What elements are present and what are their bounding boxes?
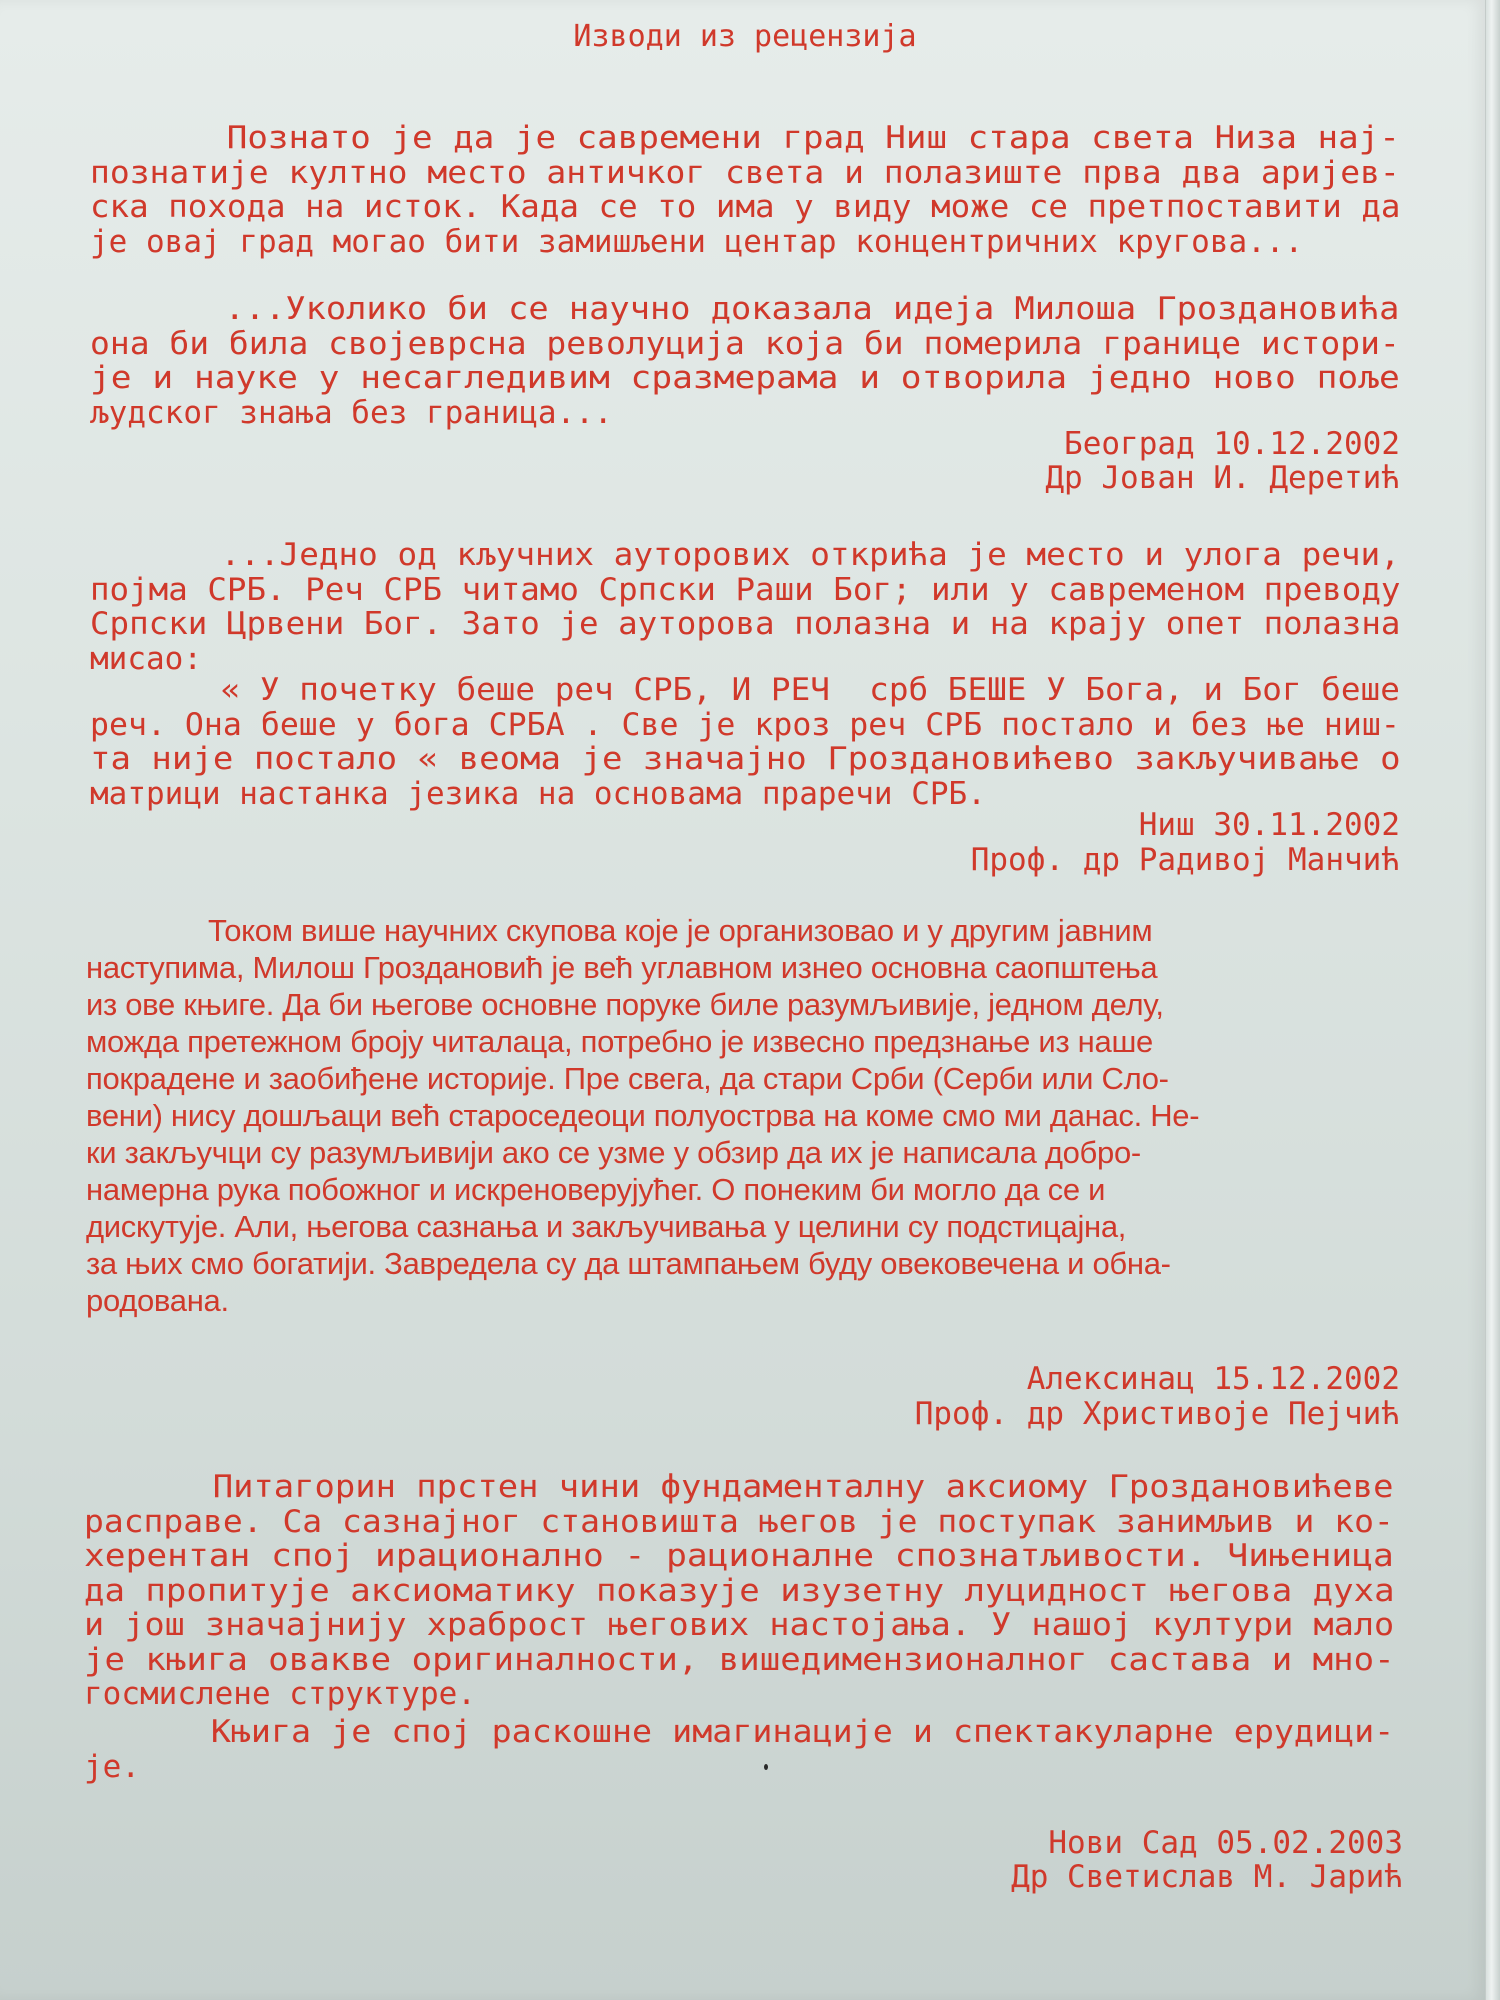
ink-speck	[764, 1764, 768, 1770]
text-line: наступима, Милош Гроздановић је већ угла…	[86, 949, 1396, 986]
text-line: мисао:	[90, 642, 1400, 677]
text-line: Питагорин прстен чини фундаменталну акси…	[84, 1470, 1500, 1505]
text-line: госмислене структуре.	[84, 1677, 1394, 1712]
text-line: ...Једно од кључних ауторових открића је…	[90, 538, 1470, 573]
text-line: и још значајнију храброст његових настој…	[84, 1608, 1499, 1643]
review-1-paragraph-2: ...Уколико би се научно доказала идеја М…	[90, 292, 1400, 430]
text-line: намерна рука побожног и искреноверујућег…	[86, 1171, 1396, 1208]
text-line: можда претежном броју читалаца, потребно…	[86, 1023, 1396, 1060]
text-line: дискутује. Али, његова сазнања и закључи…	[86, 1208, 1396, 1245]
review-2-quote: « У почетку беше реч СРБ, И РЕЧ срб БЕШЕ…	[90, 673, 1400, 811]
review-3-author: Проф. др Христивоје Пејчић	[915, 1397, 1400, 1432]
text-line: за њих смо богатији. Завредела су да шта…	[86, 1245, 1396, 1282]
text-line: из ове књиге. Да би његове основне порук…	[86, 986, 1396, 1023]
review-1-author: Др Јован И. Деретић	[1045, 461, 1400, 496]
review-4-paragraph-1: Питагорин прстен чини фундаменталну акси…	[84, 1470, 1394, 1712]
document-title: Изводи из рецензија	[90, 20, 1400, 55]
text-line: Књига је спој раскошне имагинације и спе…	[84, 1715, 1492, 1750]
review-2-paragraph-1: ...Једно од кључних ауторових открића је…	[90, 538, 1400, 676]
text-line: Српски Црвени Бог. Зато је ауторова пола…	[90, 607, 1463, 642]
text-line: вени) нису дошљаци већ староседеоци полу…	[86, 1097, 1396, 1134]
review-4-author: Др Светислав М. Јарић	[1011, 1860, 1403, 1895]
text-line: « У почетку беше реч СРБ, И РЕЧ срб БЕШЕ…	[90, 673, 1470, 708]
text-line: матрици настанка језика на основама прар…	[90, 777, 1400, 812]
review-2-place-date: Ниш 30.11.2002	[1139, 808, 1400, 843]
text-line: је.	[84, 1750, 1394, 1785]
text-line: ска похода на исток. Када се то има у ви…	[90, 190, 1463, 225]
text-line: родована.	[86, 1282, 1396, 1319]
text-line: је и науке у несагледивим сразмерама и о…	[90, 361, 1500, 396]
text-line: расправе. Са сазнајног становишта његов …	[84, 1505, 1477, 1540]
text-line: покрадене и заобиђене историје. Пре свег…	[86, 1060, 1396, 1097]
text-line: појма СРБ. Реч СРБ читамо Српски Раши Бо…	[90, 573, 1463, 608]
text-line: Током више научних скупова које је орган…	[86, 912, 1396, 949]
text-line: та није постало « веома је значајно Гроз…	[90, 742, 1500, 777]
text-line: ...Уколико би се научно доказала идеја М…	[90, 292, 1500, 327]
text-line: људског знања без граница...	[90, 396, 1400, 431]
text-line: да пропитује аксиоматику показује изузет…	[84, 1574, 1500, 1609]
text-line: је књига овакве оригиналности, вишедимен…	[84, 1643, 1500, 1678]
text-line: је овај град могао бити замишљени центар…	[90, 225, 1400, 260]
review-3-place-date: Алексинац 15.12.2002	[1027, 1362, 1400, 1397]
review-3-paragraph-1: Током више научних скупова које је орган…	[86, 912, 1396, 1319]
text-line: ки закључци су разумљивији ако се узме у…	[86, 1134, 1396, 1171]
text-line: реч. Она беше у бога СРБА . Све је кроз …	[90, 708, 1422, 743]
text-line: Познато је да је савремени град Ниш стар…	[90, 121, 1500, 156]
review-1-place-date: Београд 10.12.2002	[1064, 427, 1400, 462]
review-4-place-date: Нови Сад 05.02.2003	[1048, 1826, 1403, 1861]
review-4-paragraph-2: Књига је спој раскошне имагинације и спе…	[84, 1715, 1394, 1784]
review-1-paragraph-1: Познато је да је савремени град Ниш стар…	[90, 121, 1400, 259]
review-2-author: Проф. др Радивој Манчић	[971, 843, 1400, 878]
text-line: херентан спој ирационално - рационалне с…	[84, 1539, 1500, 1574]
text-line: она би била својеврсна револуција која б…	[90, 327, 1483, 362]
text-line: познатије култно место античког света и …	[90, 156, 1483, 191]
